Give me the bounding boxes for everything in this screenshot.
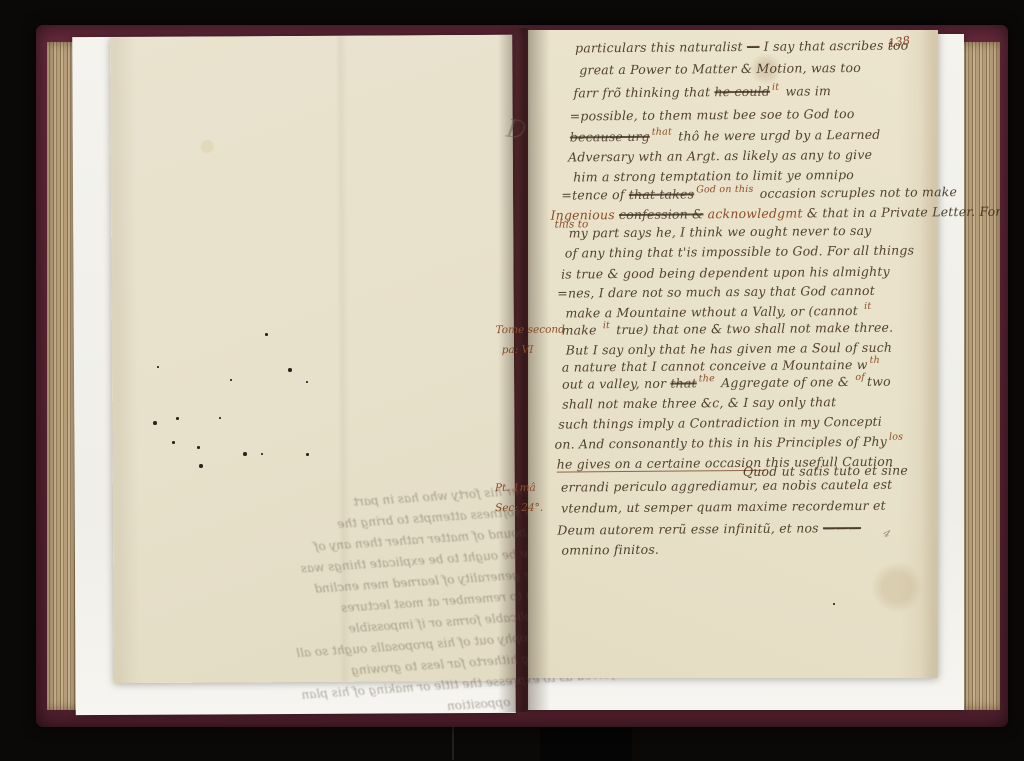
manuscript-text-segment: vtendum, ut semper quam maxime recordemu… [561,498,886,516]
manuscript-text-segment: — [747,39,760,54]
ink-speck [172,441,175,444]
manuscript-text-segment: confession & [619,206,704,222]
manuscript-text-segment: =tence of [561,187,629,203]
manuscript-text-segment: of [853,372,867,383]
manuscript-line: out a valley, nor thatthe Aggregate of o… [562,374,891,392]
ink-speck [219,417,221,419]
ink-speck [265,333,268,336]
manuscript-text-segment: that takes [629,186,695,202]
manuscript-text-segment: it [770,82,781,93]
ink-speck [176,417,179,420]
manuscript-text-segment: th [868,355,882,366]
manuscript-text-segment: out a valley, nor [562,376,671,392]
manuscript-line: on. And consonantly to this in his Princ… [554,434,905,452]
manuscript-text-segment: occasion scruples not to make [755,184,957,201]
manuscript-line: farr frõ thinking that he couldit was im [573,83,831,100]
manuscript-text-segment: los [887,432,905,443]
ink-speck [157,366,159,368]
manuscript-line: =possible, to them must bee soe to God t… [570,106,855,123]
margin-note: Pt. 1mâ [495,482,536,494]
manuscript-line: Deum autorem rerũ esse infinitũ, et nos … [557,520,861,538]
manuscript-text-segment: But I say only that he has given me a So… [566,340,893,358]
margin-note: Sec: 24°. [495,502,543,514]
manuscript-text-segment: my part says he, I think we ought never … [569,223,872,241]
ink-speck [306,381,308,383]
manuscript-text-segment: thô he were urgd by a Learned [674,127,881,144]
manuscript-text-segment: =possible, to them must bee soe to God t… [570,106,855,123]
manuscript-line: Adversary wth an Argt. as likely as any … [568,147,872,165]
manuscript-text-segment: it [601,320,612,331]
manuscript-line: omnino finitos. [561,542,659,558]
margin-note: pa: VI [502,344,534,356]
manuscript-line: particulars this naturalist — I say that… [575,38,908,56]
manuscript-line: make a Mountaine wthout a Vally, or (can… [565,303,873,321]
manuscript-text-segment: such things imply a Contradiction in my … [558,414,882,432]
manuscript-line: because urgthat thô he were urgd by a Le… [570,127,881,145]
margin-note: this to [555,218,589,230]
manuscript-text-segment: shall not make three &c, & I say only th… [562,394,836,411]
manuscript-text-segment: ——— [823,520,861,535]
manuscript-text-segment: true) that one & two shall not make thre… [612,320,893,337]
manuscript-photo: D that drill ther his forty who has in p… [0,0,1024,761]
manuscript-text-segment: him a strong temptation to limit ye omni… [573,167,854,184]
manuscript-text-segment: farr frõ thinking that [573,84,714,100]
manuscript-text-segment: that [650,127,674,138]
manuscript-line: Ingenious confession & acknowledgmt & th… [550,204,1001,223]
manuscript-line: great a Power to Matter & Motion, was to… [579,60,861,77]
manuscript-text-segment: make [561,322,600,337]
manuscript-line: my part says he, I think we ought never … [569,223,872,241]
manuscript-line: errandi periculo aggrediamur, ea nobis c… [561,477,893,495]
manuscript-text-segment: I say that ascribes too [760,38,909,54]
manuscript-text-segment: great a Power to Matter & Motion, was to… [579,60,861,77]
manuscript-text-segment: was im [781,83,831,98]
manuscript-text-segment: the [697,373,717,384]
manuscript-line: vtendum, ut semper quam maxime recordemu… [561,498,886,516]
manuscript-line: a nature that I cannot conceive a Mounta… [562,357,882,375]
ink-speck [288,368,292,372]
ink-speck [230,379,232,381]
manuscript-text-segment: that [670,375,696,390]
flourish-mark: 4 [881,528,891,541]
ink-speck [261,453,263,455]
manuscript-text-segment: on. And consonantly to this in his Princ… [554,434,887,452]
ink-speck [243,452,247,456]
manuscript-text-segment: =nes, I dare not so much as say that God… [557,283,875,301]
manuscript-text-segment: omnino finitos. [561,542,659,558]
manuscript-text-segment: make a Mountaine wthout a Vally, or (can… [565,303,862,321]
manuscript-line: =nes, I dare not so much as say that God… [557,283,875,301]
ink-speck [153,421,157,425]
manuscript-text-segment: of any thing that t'is impossible to God… [565,242,914,260]
manuscript-line: of any thing that t'is impossible to God… [565,242,914,260]
manuscript-text-segment: because urg [570,129,650,145]
manuscript-text-segment: is true & good being dependent upon his … [561,264,890,282]
manuscript-line: But I say only that he has given me a So… [566,340,893,358]
manuscript-text-segment: a nature that I cannot conceive a Mounta… [562,357,868,375]
manuscript-text-segment: particulars this naturalist [575,39,747,55]
manuscript-line: =tence of that takesGod on this occasion… [561,184,957,202]
manuscript-text-segment: God on this [694,184,755,196]
manuscript-line: him a strong temptation to limit ye omni… [573,167,854,184]
manuscript-text-segment: two [867,374,891,389]
manuscript-line: is true & good being dependent upon his … [561,264,890,282]
manuscript-text-segment: & that in a Private Letter. For [807,204,1002,221]
manuscript-text-segment: Deum autorem rerũ esse infinitũ, et nos [557,520,823,537]
manuscript-text-segment: Aggregate of one & [717,374,854,390]
ink-speck [833,603,835,605]
handwriting-layer: 138 4 particulars this naturalist — I sa… [0,0,1024,761]
manuscript-text-segment: it [862,301,873,312]
manuscript-text-segment: he gives on a certaine occasion [557,455,766,472]
manuscript-line: shall not make three &c, & I say only th… [562,394,836,411]
ink-speck [197,446,200,449]
margin-note: Tome second [496,324,565,337]
manuscript-text-segment: he could [714,84,770,99]
manuscript-text-segment: acknowledgmt [703,205,806,221]
manuscript-line: make it true) that one & two shall not m… [561,320,893,338]
ink-speck [306,453,309,456]
manuscript-line: such things imply a Contradiction in my … [558,414,882,432]
manuscript-text-segment: errandi periculo aggrediamur, ea nobis c… [561,477,893,495]
ink-speck [199,464,203,468]
manuscript-text-segment: Adversary wth an Argt. as likely as any … [568,147,872,165]
